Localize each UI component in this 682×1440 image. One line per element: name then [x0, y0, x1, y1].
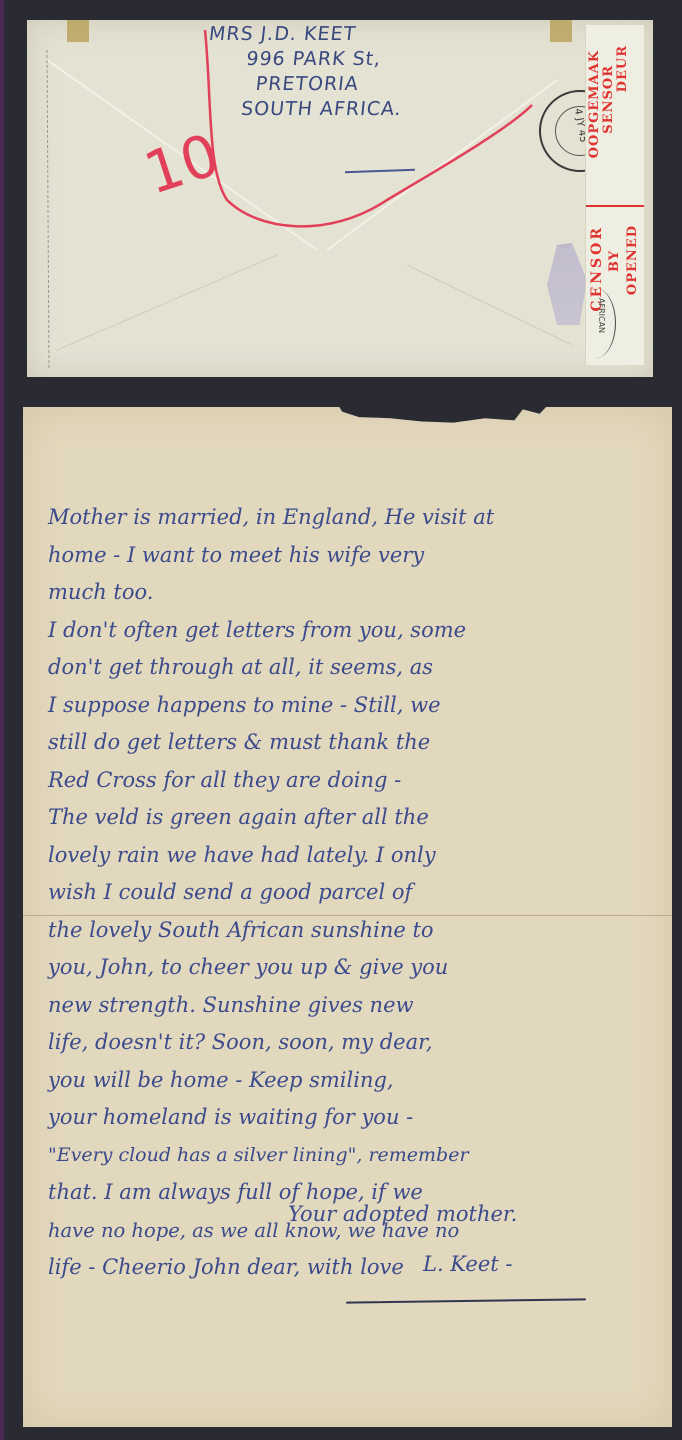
letter-closing: Your adopted mother.	[288, 1202, 517, 1226]
letter-line: I don't often get letters from you, some	[48, 612, 658, 650]
letter-line: still do get letters & must thank the	[48, 724, 658, 762]
address-line-name: MRS J.D. KEET	[208, 22, 471, 47]
letter-line: much too.	[48, 574, 658, 612]
letter-line: Red Cross for all they are doing -	[48, 762, 658, 800]
sender-address: MRS J.D. KEET 996 PARK St, PRETORIA SOUT…	[200, 22, 471, 122]
censor-text-afrikaans-bottom: OOPGEMAAK	[588, 50, 602, 158]
letter-line: I suppose happens to mine - Still, we	[48, 687, 658, 725]
handwritten-letter: Mother is married, in England, He visit …	[23, 407, 672, 1427]
letter-line: life, doesn't it? Soon, soon, my dear,	[48, 1024, 658, 1062]
censor-text-english-top: OPENED	[626, 225, 640, 295]
letter-body: Mother is married, in England, He visit …	[48, 499, 658, 1287]
postmark-lower-text: AFRICAN	[597, 298, 606, 333]
address-line-country: SOUTH AFRICA.	[240, 97, 463, 122]
signature-underline	[346, 1298, 586, 1303]
address-line-city: PRETORIA	[254, 72, 465, 97]
censor-text-english-mid: BY	[608, 250, 622, 272]
envelope-back: 10 MRS J.D. KEET 996 PARK St, PRETORIA S…	[27, 20, 653, 377]
letter-line: life - Cheerio John dear, with love	[48, 1249, 658, 1287]
letter-line: new strength. Sunshine gives new	[48, 987, 658, 1025]
postmark-lower: AFRICAN	[575, 288, 616, 358]
letter-line: Mother is married, in England, He visit …	[48, 499, 658, 537]
letter-line: "Every cloud has a silver lining", remem…	[48, 1137, 658, 1175]
letter-line: your homeland is waiting for you -	[48, 1099, 658, 1137]
censor-text-afrikaans-top: DEUR	[616, 45, 630, 92]
torn-edge	[338, 405, 548, 427]
letter-line: you, John, to cheer you up & give you	[48, 949, 658, 987]
letter-line: wish I could send a good parcel of	[48, 874, 658, 912]
letter-signature: L. Keet -	[423, 1252, 513, 1276]
album-page-edge	[0, 0, 4, 1440]
letter-line: lovely rain we have had lately. I only	[48, 837, 658, 875]
letter-line: the lovely South African sunshine to	[48, 912, 658, 950]
letter-line: don't get through at all, it seems, as	[48, 649, 658, 687]
letter-line: you will be home - Keep smiling,	[48, 1062, 658, 1100]
censor-text-afrikaans-mid: SENSOR	[602, 65, 616, 134]
letter-line: home - I want to meet his wife very	[48, 537, 658, 575]
address-line-street: 996 PARK St,	[245, 47, 468, 72]
letter-line: The veld is green again after all the	[48, 799, 658, 837]
